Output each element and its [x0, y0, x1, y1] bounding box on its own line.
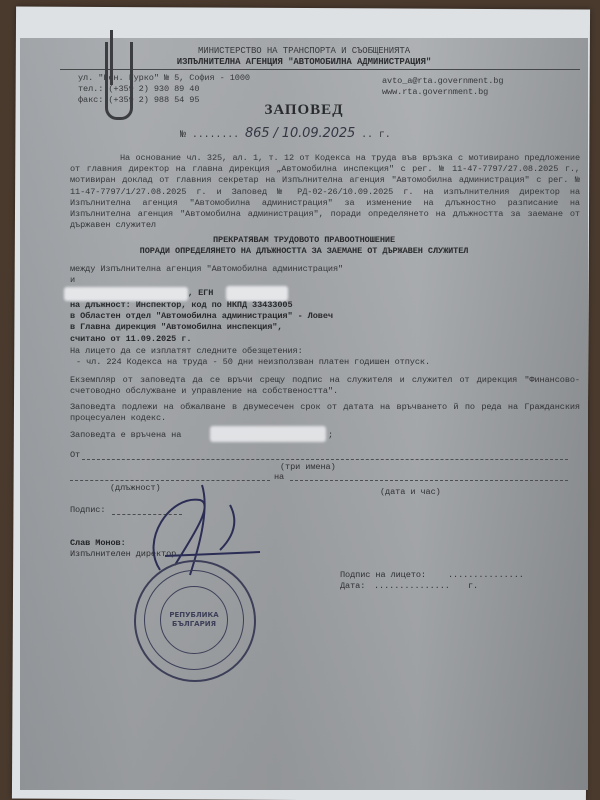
- preamble-paragraph: На основание чл. 325, ал. 1, т. 12 от Ко…: [70, 153, 580, 231]
- paperclip-loop: [105, 42, 133, 120]
- regional-office-line: в Областен отдел "Автомобилна администра…: [70, 311, 333, 322]
- egn-label: , ЕГН: [188, 288, 213, 299]
- order-number-line: № ........ 865 / 10.09.2025 .. г.: [180, 128, 391, 141]
- position-line: на длъжност: Инспектор, код по НКПД 3343…: [70, 300, 333, 311]
- phone-line: тел.: (+359 2) 930 89 40: [78, 84, 250, 95]
- datetime-fill-line: [290, 480, 568, 481]
- position-block: на длъжност: Инспектор, код по НКПД 3343…: [70, 300, 333, 345]
- handwritten-number: 865 / 10.09.2025: [245, 126, 355, 141]
- address-line: ул. "Ген. Гурко" № 5, София - 1000: [78, 73, 250, 84]
- fax-line: факс: (+359 2) 988 54 95: [78, 95, 250, 106]
- heading-line-2: ПОРАДИ ОПРЕДЕЛЯНЕТО НА ДЛЪЖНОСТТА ЗА ЗАЕ…: [20, 246, 588, 257]
- between-line: между Изпълнителна агенция "Автомобилна …: [70, 264, 343, 275]
- website-line: www.rta.government.bg: [382, 87, 503, 98]
- directorate-line: в Главна дирекция "Автомобилна инспекция…: [70, 322, 333, 333]
- datetime-caption: (дата и час): [380, 487, 441, 498]
- compensation-item: - чл. 224 Кодекса на труда - 50 дни неиз…: [76, 357, 430, 368]
- names-line: [82, 459, 568, 460]
- person-date-suffix: г.: [468, 581, 478, 592]
- person-signature-label: Подпис на лицето:: [340, 570, 426, 581]
- person-date-label: Дата:: [340, 581, 365, 592]
- copy-paragraph: Екземпляр от заповедта да се връчи срещу…: [70, 375, 580, 397]
- stamp-text-line1: РЕПУБЛИКА: [169, 611, 218, 620]
- heading-line-1: ПРЕКРАТЯВАМ ТРУДОВОТО ПРАВООТНОШЕНИЕ: [20, 235, 588, 246]
- email-line: avto_a@rta.government.bg: [382, 76, 503, 87]
- header-divider: [60, 69, 580, 70]
- contact-block: avto_a@rta.government.bg www.rta.governm…: [382, 76, 503, 98]
- stamp-center: РЕПУБЛИКА БЪЛГАРИЯ: [160, 586, 228, 654]
- appeal-paragraph: Заповедта подлежи на обжалване в двумесе…: [70, 402, 580, 424]
- signatory-name: Слав Монов:: [70, 538, 126, 549]
- and-line: и: [70, 275, 75, 286]
- printed-document: МИНИСТЕРСТВО НА ТРАНСПОРТА И СЪОБЩЕНИЯТА…: [20, 38, 588, 790]
- number-suffix: г.: [379, 130, 391, 141]
- names-caption: (три имена): [280, 462, 336, 473]
- number-prefix: №: [180, 130, 186, 141]
- address-block: ул. "Ген. Гурко" № 5, София - 1000 тел.:…: [78, 73, 250, 107]
- delivered-suffix: ;: [328, 430, 333, 441]
- redacted-egn: [226, 286, 288, 301]
- official-stamp: РЕПУБЛИКА БЪЛГАРИЯ: [134, 560, 256, 682]
- compensation-intro: На лицето да се изплатят следните обезще…: [70, 346, 303, 357]
- from-label: От: [70, 450, 80, 461]
- stamp-text-line2: БЪЛГАРИЯ: [172, 620, 216, 629]
- effective-date-line: считано от 11.09.2025 г.: [70, 334, 333, 345]
- delivered-label: Заповедта е връчена на: [70, 430, 181, 441]
- signature-label: Подпис:: [70, 505, 105, 516]
- redacted-name: [64, 287, 188, 301]
- redacted-recipient: [210, 426, 326, 442]
